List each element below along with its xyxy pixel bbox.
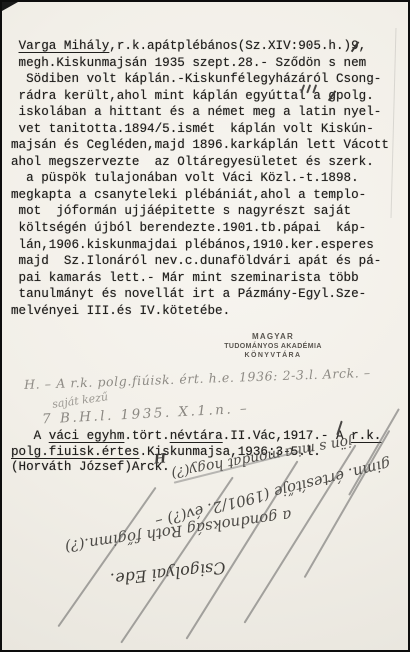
typed-line: Varga Mihály,r.k.apátplébános(Sz.XIV:905… [11,38,389,55]
typed-text-segment: , [359,39,367,53]
typed-text-segment: (Horváth József)Arck. [11,460,170,474]
typed-line: megkapta a csanyteleki plébániát,ahol a … [11,187,389,204]
typed-line: ahol megszervezte az Oltáregyesületet és… [11,154,389,171]
typed-text-segment: r.k. [351,429,381,443]
typed-line: pai kamarás lett.- Már mint szeminarista… [11,270,389,287]
stamp-line: KÖNYVTÁRA [215,351,331,361]
typed-text-segment: megkapta a csanyteleki plébániát,ahol a … [11,188,366,202]
typed-text-segment: vet tanitotta.1894/5.ismét káplán volt K… [11,122,374,136]
typed-text-segment: mot jóformán ujjáépitette s nagyrészt sa… [11,204,351,218]
typed-text-segment: Södiben volt káplán.-Kiskunfélegyházáról… [11,72,381,86]
typed-text-segment: ahol megszervezte az Oltáregyesületet és… [11,155,374,169]
typed-text-segment: költségén újból berendezte.1901.tb.pápai… [11,221,366,235]
library-stamp: MAGYAR TUDOMÁNYOS AKADÉMIA KÖNYVTÁRA [215,332,331,361]
typed-text-segment: polg.fiuisk.értes [11,445,139,459]
typed-line: majsán és Cegléden,majd 1896.karkáplán l… [11,137,389,154]
typed-text-segment: váci egyhm [49,429,125,443]
typed-text-segment: pai kamarás lett.- Már mint szeminarista… [11,271,359,285]
catalog-card: Varga Mihály,r.k.apátplébános(Sz.XIV:905… [2,2,408,650]
ink-annotation-h: H [153,451,167,467]
typed-line: a püspök tulajonában volt Váci Közl.-t.1… [11,170,389,187]
typed-text-segment: majsán és Cegléden,majd 1896.karkáplán l… [11,138,389,152]
typed-text-segment: g [328,88,336,105]
typed-text-segment: tanulmányt és novellát irt a Pázmány-Egy… [11,287,366,301]
typed-line: rádra került,ahol mint káplán egyúttal a… [11,88,389,105]
typed-line: mot jóformán ujjáépitette s nagyrészt sa… [11,203,389,220]
typed-text-segment: polg. [336,89,374,103]
typed-line: iskolában a hittant és a német meg a lat… [11,104,389,121]
typed-text-segment: iskolában a hittant és a német meg a lat… [11,105,381,119]
pencil-annotation-1: H. – A r.k. polg.fiúisk. ért. h.e. 1936:… [24,365,371,392]
typed-text-segment: névtára [170,429,223,443]
typed-line: majd Sz.Ilonáról nev.c.dunaföldvári apát… [11,253,389,270]
typed-text-segment: megh.Kiskunmajsán 1935 szept.28.- Sződön… [11,56,366,70]
typed-text-segment: .tört. [124,429,169,443]
stamp-line: MAGYAR [215,332,331,342]
typed-text-segment: a püspök tulajonában volt Váci Közl.-t.1… [11,171,359,185]
typed-text-segment: majd Sz.Ilonáról nev.c.dunaföldvári apát… [11,254,381,268]
stamp-line: TUDOMÁNYOS AKADÉMIA [215,342,331,352]
typed-line: vet tanitotta.1894/5.ismét káplán volt K… [11,121,389,138]
paper-crease [391,28,397,218]
typed-line: melvényei III.és IV.kötetébe. [11,303,389,320]
cancellation-stroke [57,487,156,627]
typed-biography: Varga Mihály,r.k.apátplébános(Sz.XIV:905… [11,38,389,319]
typed-text-segment: 9 [351,38,359,55]
cancellation-stroke [186,460,299,639]
scanned-card: Varga Mihály,r.k.apátplébános(Sz.XIV:905… [0,0,410,652]
typed-line: lán,1906.kiskunmajdai plébános,1910.ker.… [11,237,389,254]
scan-corner-shadow [2,2,18,11]
typed-line: tanulmányt és novellát irt a Pázmány-Egy… [11,286,389,303]
typed-text-segment [11,39,19,53]
typed-line: megh.Kiskunmajsán 1935 szept.28.- Sződön… [11,55,389,72]
typed-line: Södiben volt káplán.-Kiskunfélegyházáról… [11,71,389,88]
typed-text-segment: rádra került,ahol mint káplán egyúttal a [11,89,328,103]
typed-text-segment: melvényei III.és IV.kötetébe. [11,304,230,318]
typed-text-segment: A [11,429,49,443]
typed-line: költségén újból berendezte.1901.tb.pápai… [11,220,389,237]
typed-text-segment: lán,1906.kiskunmajdai plébános,1910.ker.… [11,238,374,252]
typed-text-segment: Varga Mihály [19,39,110,53]
typed-text-segment: ,r.k.apátplébános(Sz.XIV:905.h.) [109,39,351,53]
